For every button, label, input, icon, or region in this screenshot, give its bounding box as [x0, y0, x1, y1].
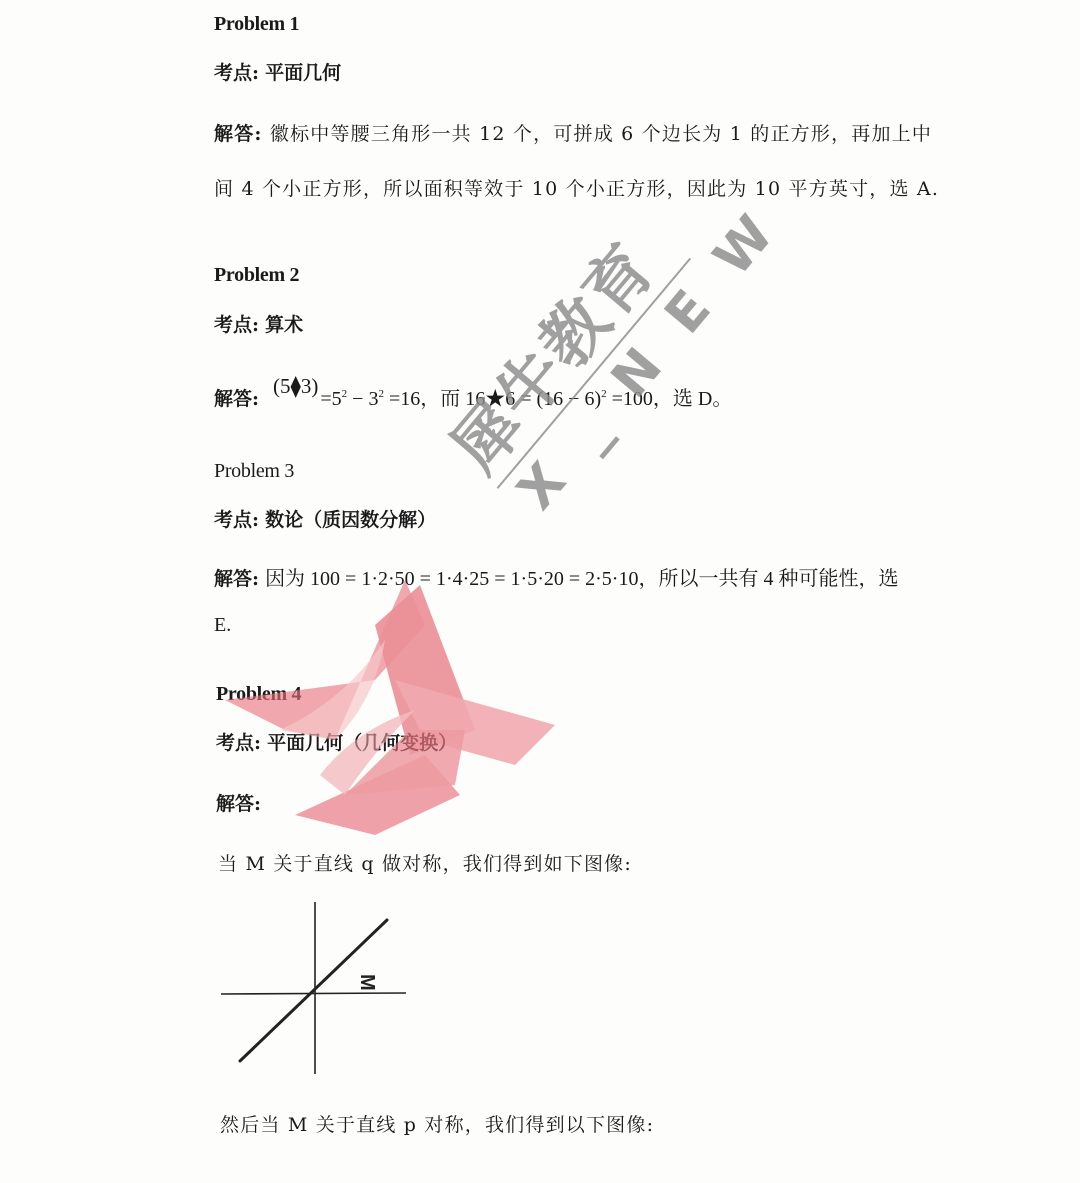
problem-3-answer-line-1: 解答: 因为 100 = 1·2·50 = 1·4·25 = 1·5·20 = …	[214, 567, 898, 591]
topic-label: 考点:	[214, 62, 259, 84]
problem-1-answer-line-1: 解答: 徽标中等腰三角形一共 12 个，可拼成 6 个边长为 1 的正方形，再加…	[214, 122, 932, 146]
problem-3-topic: 考点: 数论（质因数分解）	[214, 508, 436, 532]
problem-3-title: Problem 3	[214, 459, 294, 483]
topic-label: 考点:	[214, 509, 259, 531]
problem-4-answer-label: 解答:	[216, 792, 261, 816]
topic-label: 考点:	[214, 314, 259, 336]
answer-label: 解答:	[214, 123, 263, 145]
problem-4-title: Problem 4	[216, 682, 301, 706]
problem-2-title: Problem 2	[214, 263, 299, 287]
topic-value: 算术	[265, 314, 303, 336]
horizontal-axis	[221, 993, 406, 994]
problem-4-answer-line-2: 然后当 M 关于直线 p 对称，我们得到以下图像:	[220, 1113, 654, 1137]
topic-value: 平面几何（几何变换）	[267, 732, 457, 754]
math-part: 而 16★6 = (16 − 6)	[440, 388, 601, 410]
problem-1-title: Problem 1	[214, 12, 299, 36]
math-part: =100，选 D。	[607, 388, 733, 410]
answer-label: 解答:	[214, 388, 259, 410]
document-page: Problem 1 考点: 平面几何 解答: 徽标中等腰三角形一共 12 个，可…	[0, 0, 1080, 1183]
reflection-figure: M	[218, 896, 418, 1081]
figure-letter-m: M	[356, 974, 378, 991]
topic-value: 平面几何	[265, 62, 341, 84]
math-part: =16，	[384, 388, 440, 410]
answer-math: (5⧫3)=52 − 32 =16，而 16★6 = (16 − 6)2 =10…	[259, 388, 732, 410]
problem-2-topic: 考点: 算术	[214, 313, 303, 337]
problem-4-answer-line-1: 当 M 关于直线 q 做对称，我们得到如下图像:	[218, 852, 632, 876]
problem-4-topic: 考点: 平面几何（几何变换）	[216, 731, 457, 755]
diamond-expression: (5⧫3)	[273, 374, 318, 398]
problem-1-topic: 考点: 平面几何	[214, 61, 341, 85]
problem-2-answer: 解答:(5⧫3)=52 − 32 =16，而 16★6 = (16 − 6)2 …	[214, 382, 732, 411]
answer-text: 徽标中等腰三角形一共 12 个，可拼成 6 个边长为 1 的正方形，再加上中	[270, 123, 932, 145]
answer-text: 因为 100 = 1·2·50 = 1·4·25 = 1·5·20 = 2·5·…	[265, 568, 898, 590]
math-part: − 3	[347, 388, 378, 410]
answer-label: 解答:	[214, 568, 259, 590]
topic-value: 数论（质因数分解）	[265, 509, 436, 531]
math-part: =5	[320, 388, 341, 410]
problem-1-answer-line-2: 间 4 个小正方形，所以面积等效于 10 个小正方形，因此为 10 平方英寸，选…	[214, 177, 939, 201]
topic-label: 考点:	[216, 732, 261, 754]
problem-3-answer-line-2: E.	[214, 613, 231, 637]
